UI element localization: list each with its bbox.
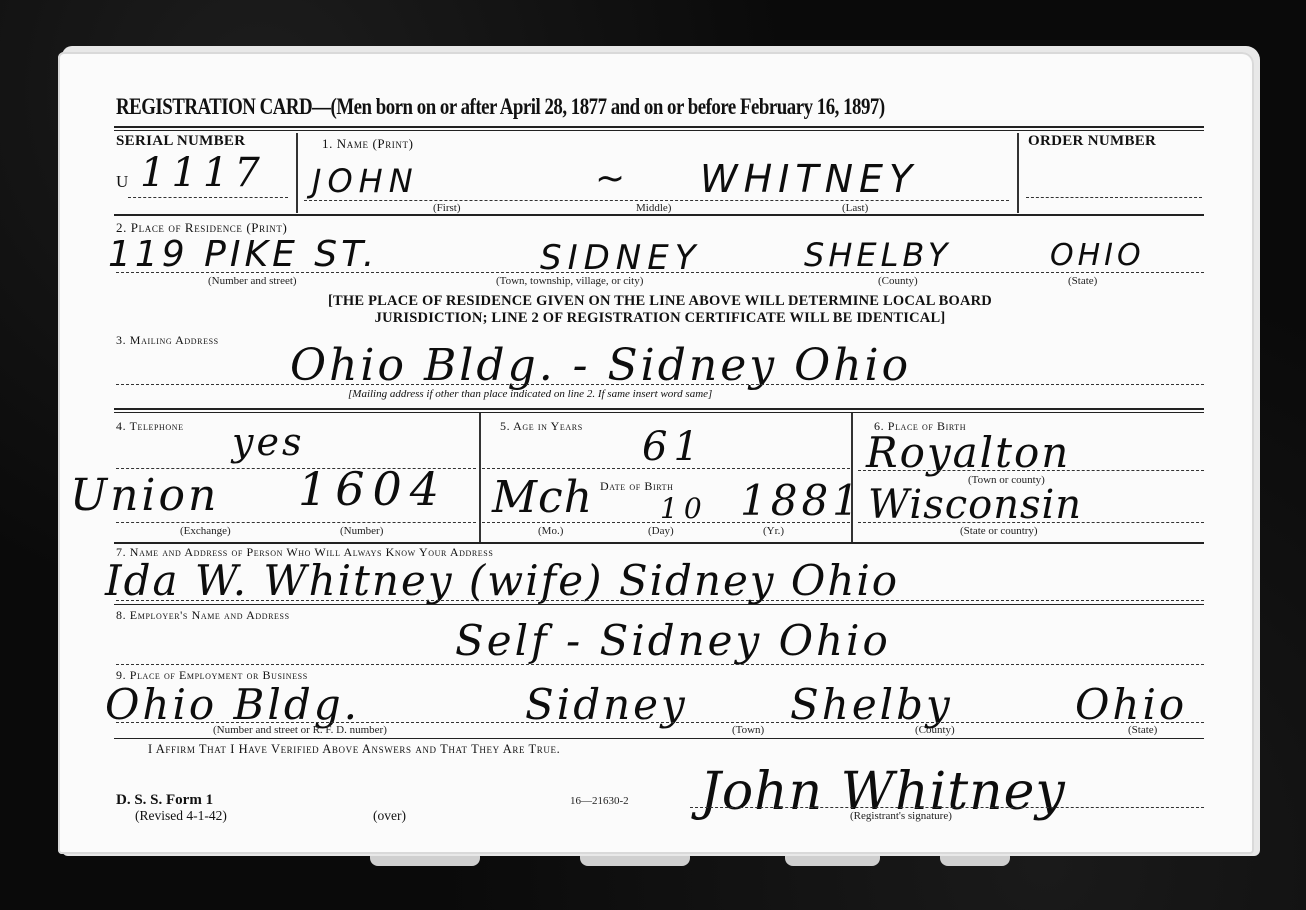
card-stack-tab: [940, 856, 1010, 866]
dob-day-caption: (Day): [648, 525, 674, 537]
name-last-caption: (Last): [842, 202, 868, 214]
divider: [296, 133, 298, 213]
mailing-address-label: 3. Mailing Address: [116, 333, 219, 348]
name-first-value: JOHN: [312, 162, 419, 200]
age-label: 5. Age in Years: [500, 419, 583, 434]
residence-state-caption: (State): [1068, 275, 1097, 287]
employer-line: [116, 664, 1204, 665]
name-middle-value: ~: [595, 158, 631, 199]
title-rule: [114, 130, 1204, 131]
affirmation-text: I Affirm That I Have Verified Above Answ…: [148, 742, 560, 757]
name-first-caption: (First): [433, 202, 461, 214]
order-number-line: [1026, 197, 1202, 198]
name-last-value: WHITNEY: [700, 157, 918, 201]
contact-person-value: Ida W. Whitney (wife) Sidney Ohio: [105, 556, 899, 605]
residence-state-value: OHIO: [1050, 238, 1145, 273]
serial-prefix: U: [116, 172, 128, 192]
telephone-exchange-caption: (Exchange): [180, 525, 231, 537]
contact-person-line: [116, 600, 1204, 601]
birth-state-caption: (State or country): [960, 525, 1038, 537]
serial-line: [128, 197, 288, 198]
dob-line: [482, 522, 850, 523]
form-number: D. S. S. Form 1: [116, 792, 213, 809]
form-revised: (Revised 4-1-42): [135, 808, 227, 824]
birth-state-line: [858, 522, 1204, 523]
section-rule: [114, 604, 1204, 605]
telephone-exchange-value: Union: [70, 470, 219, 521]
birth-town-line: [858, 470, 1204, 471]
telephone-top-value: yes: [232, 420, 304, 464]
age-value: 61: [642, 424, 705, 470]
employment-town-caption: (Town): [732, 724, 764, 736]
residence-street-caption: (Number and street): [208, 275, 297, 287]
dob-year-value: 1881: [740, 476, 863, 525]
residence-street-value: 119 PIKE ST.: [108, 234, 378, 275]
residence-line: [116, 272, 1204, 273]
card-stack-tab: [580, 856, 690, 866]
telephone-number-caption: (Number): [340, 525, 383, 537]
residence-notice-line1: [THE PLACE OF RESIDENCE GIVEN ON THE LIN…: [150, 293, 1170, 310]
name-line: [304, 200, 1009, 201]
section-rule: [114, 542, 1204, 544]
card-stack-tab: [370, 856, 480, 866]
employment-state-caption: (State): [1128, 724, 1157, 736]
telephone-number-line: [116, 522, 476, 523]
serial-number-label: SERIAL NUMBER: [116, 133, 245, 150]
telephone-label: 4. Telephone: [116, 419, 184, 434]
divider: [1017, 133, 1019, 213]
employment-place-line: [116, 722, 1204, 723]
print-code: 16—21630-2: [570, 795, 629, 807]
dob-day-value: 10: [660, 492, 708, 525]
section-rule: [114, 408, 1204, 410]
divider: [851, 413, 853, 543]
mailing-address-caption: [Mailing address if other than place ind…: [348, 388, 712, 400]
mailing-address-line: [116, 384, 1204, 385]
employment-county-caption: (County): [915, 724, 955, 736]
residence-town-caption: (Town, township, village, or city): [496, 275, 643, 287]
title-rule: [114, 126, 1204, 128]
age-line: [482, 468, 850, 469]
employer-label: 8. Employer's Name and Address: [116, 608, 290, 623]
residence-county-value: SHELBY: [804, 236, 951, 274]
name-label: 1. Name (Print): [322, 136, 414, 152]
employment-street-caption: (Number and street or R. F. D. number): [213, 724, 387, 736]
employer-value: Self - Sidney Ohio: [455, 616, 891, 665]
section-rule: [114, 214, 1204, 216]
section-rule: [114, 738, 1204, 739]
card-stack-tab: [785, 856, 880, 866]
card-title: REGISTRATION CARD—(Men born on or after …: [116, 94, 885, 120]
dob-month-caption: (Mo.): [538, 525, 563, 537]
dob-year-caption: (Yr.): [763, 525, 784, 537]
telephone-number-value: 1604: [298, 462, 447, 516]
residence-county-caption: (County): [878, 275, 918, 287]
section-rule: [114, 412, 1204, 413]
signature-line: [690, 807, 1204, 808]
divider: [479, 413, 481, 543]
residence-notice: [THE PLACE OF RESIDENCE GIVEN ON THE LIN…: [150, 293, 1170, 327]
order-number-label: ORDER NUMBER: [1028, 133, 1156, 150]
name-middle-caption: Middle): [636, 202, 671, 214]
signature-caption: (Registrant's signature): [850, 810, 952, 822]
residence-notice-line2: JURISDICTION; LINE 2 OF REGISTRATION CER…: [150, 310, 1170, 327]
serial-number-value: 1117: [140, 150, 266, 196]
over-note: (over): [373, 808, 406, 824]
dob-month-value: Mch: [492, 472, 593, 523]
